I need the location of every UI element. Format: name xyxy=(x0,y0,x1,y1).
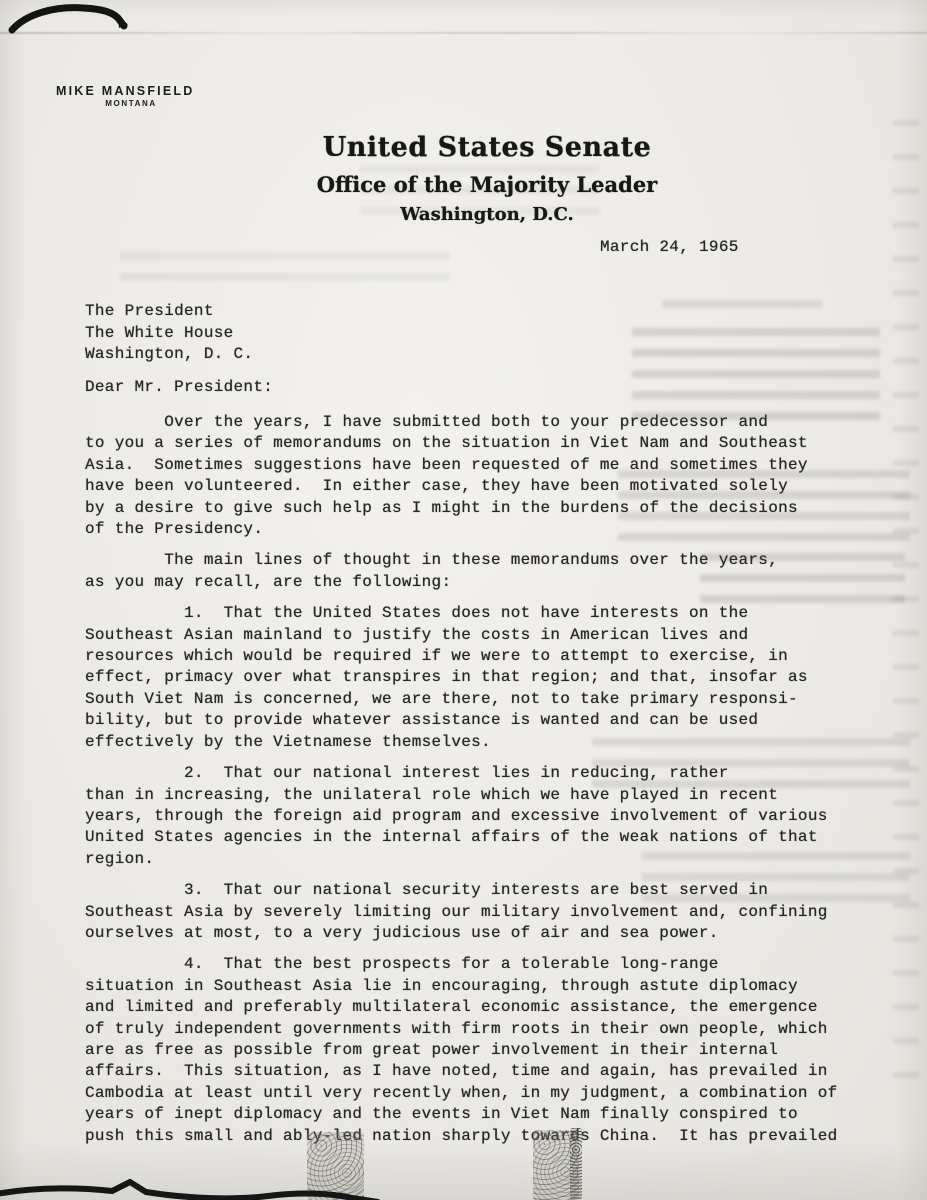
paragraph-intro: Over the years, I have submitted both to… xyxy=(85,412,863,540)
ink-bleedthrough xyxy=(662,300,822,320)
sender-name: MIKE MANSFIELD xyxy=(56,84,206,98)
smudge-mark xyxy=(570,1128,582,1200)
scan-scratch-line xyxy=(0,32,927,34)
numbered-item-2: 2. That our national interest lies in re… xyxy=(85,763,863,870)
numbered-item-3: 3. That our national security interests … xyxy=(85,880,863,944)
ink-bleedthrough xyxy=(120,252,450,292)
scan-edge-mark xyxy=(0,1178,380,1200)
salutation: Dear Mr. President: xyxy=(85,378,273,396)
numbered-item-1: 1. That the United States does not have … xyxy=(85,603,863,753)
pen-mark xyxy=(6,0,136,50)
ink-bleedthrough xyxy=(632,328,880,424)
letter-date: March 24, 1965 xyxy=(600,238,739,256)
sender-state: MONTANA xyxy=(56,99,206,108)
org-office: Office of the Majority Leader xyxy=(267,172,707,197)
paragraph-main-lines: The main lines of thought in these memor… xyxy=(85,550,863,593)
org-city: Washington, D.C. xyxy=(267,204,707,225)
numbered-item-4: 4. That the best prospects for a tolerab… xyxy=(85,954,863,1147)
ink-bleedthrough-edge xyxy=(893,120,919,1100)
org-name: United States Senate xyxy=(267,132,707,163)
scanned-letter-page: MIKE MANSFIELD MONTANA United States Sen… xyxy=(0,0,927,1200)
letter-body: Over the years, I have submitted both to… xyxy=(85,412,863,1157)
letterhead-org: United States Senate Office of the Major… xyxy=(267,132,707,225)
letterhead-sender: MIKE MANSFIELD MONTANA xyxy=(56,84,206,108)
recipient-address: The President The White House Washington… xyxy=(85,301,253,366)
